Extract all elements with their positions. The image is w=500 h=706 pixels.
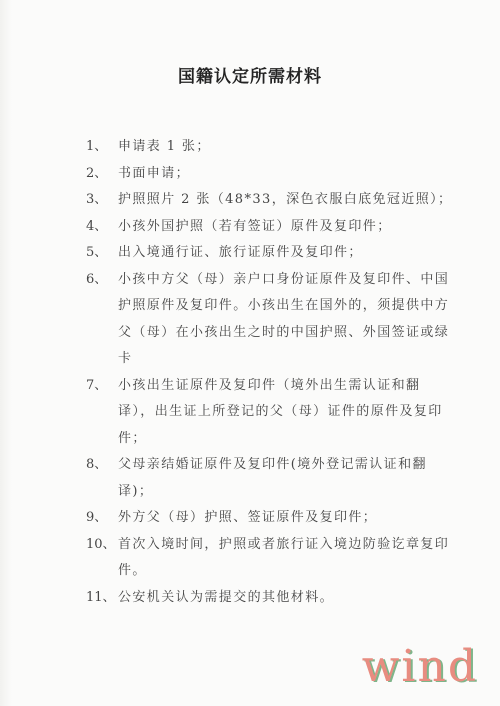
item-text: 父母亲结婚证原件及复印件(境外登记需认证和翻译)； xyxy=(118,452,456,505)
list-item: 10、 首次入境时间，护照或者旅行证入境边防验讫章复印件。 xyxy=(86,532,456,585)
item-number: 8、 xyxy=(86,452,118,505)
list-item: 4、 小孩外国护照（若有签证）原件及复印件； xyxy=(86,214,456,241)
item-number: 11、 xyxy=(86,585,118,612)
watermark-logo: wind xyxy=(362,641,478,692)
item-number: 4、 xyxy=(86,214,118,241)
list-item: 1、 申请表 1 张； xyxy=(86,134,456,161)
item-number: 1、 xyxy=(86,134,118,161)
requirements-list: 1、 申请表 1 张； 2、 书面申请； 3、 护照照片 2 张（48*33，深… xyxy=(86,134,456,611)
item-text: 小孩外国护照（若有签证）原件及复印件； xyxy=(118,214,456,241)
item-number: 2、 xyxy=(86,161,118,188)
page-edge xyxy=(0,0,12,706)
item-number: 9、 xyxy=(86,505,118,532)
document-title: 国籍认定所需材料 xyxy=(0,62,500,87)
item-text: 外方父（母）护照、签证原件及复印件； xyxy=(118,505,456,532)
item-text: 申请表 1 张； xyxy=(118,134,456,161)
item-text: 公安机关认为需提交的其他材料。 xyxy=(118,585,456,612)
item-number: 5、 xyxy=(86,240,118,267)
item-number: 6、 xyxy=(86,267,118,373)
list-item: 9、 外方父（母）护照、签证原件及复印件； xyxy=(86,505,456,532)
list-item: 2、 书面申请； xyxy=(86,161,456,188)
item-number: 10、 xyxy=(86,532,118,585)
item-text: 首次入境时间，护照或者旅行证入境边防验讫章复印件。 xyxy=(118,532,456,585)
item-text: 书面申请； xyxy=(118,161,456,188)
item-text: 小孩出生证原件及复印件（境外出生需认证和翻译），出生证上所登记的父（母）证件的原… xyxy=(118,373,456,453)
list-item: 6、 小孩中方父（母）亲户口身份证原件及复印件、中国护照原件及复印件。小孩出生在… xyxy=(86,267,456,373)
list-item: 8、 父母亲结婚证原件及复印件(境外登记需认证和翻译)； xyxy=(86,452,456,505)
item-number: 7、 xyxy=(86,373,118,453)
item-number: 3、 xyxy=(86,187,118,214)
list-item: 7、 小孩出生证原件及复印件（境外出生需认证和翻译），出生证上所登记的父（母）证… xyxy=(86,373,456,453)
item-text: 小孩中方父（母）亲户口身份证原件及复印件、中国护照原件及复印件。小孩出生在国外的… xyxy=(118,267,456,373)
list-item: 5、 出入境通行证、旅行证原件及复印件； xyxy=(86,240,456,267)
item-text: 护照照片 2 张（48*33，深色衣服白底免冠近照）； xyxy=(118,187,456,214)
list-item: 3、 护照照片 2 张（48*33，深色衣服白底免冠近照）； xyxy=(86,187,456,214)
item-text: 出入境通行证、旅行证原件及复印件； xyxy=(118,240,456,267)
list-item: 11、 公安机关认为需提交的其他材料。 xyxy=(86,585,456,612)
